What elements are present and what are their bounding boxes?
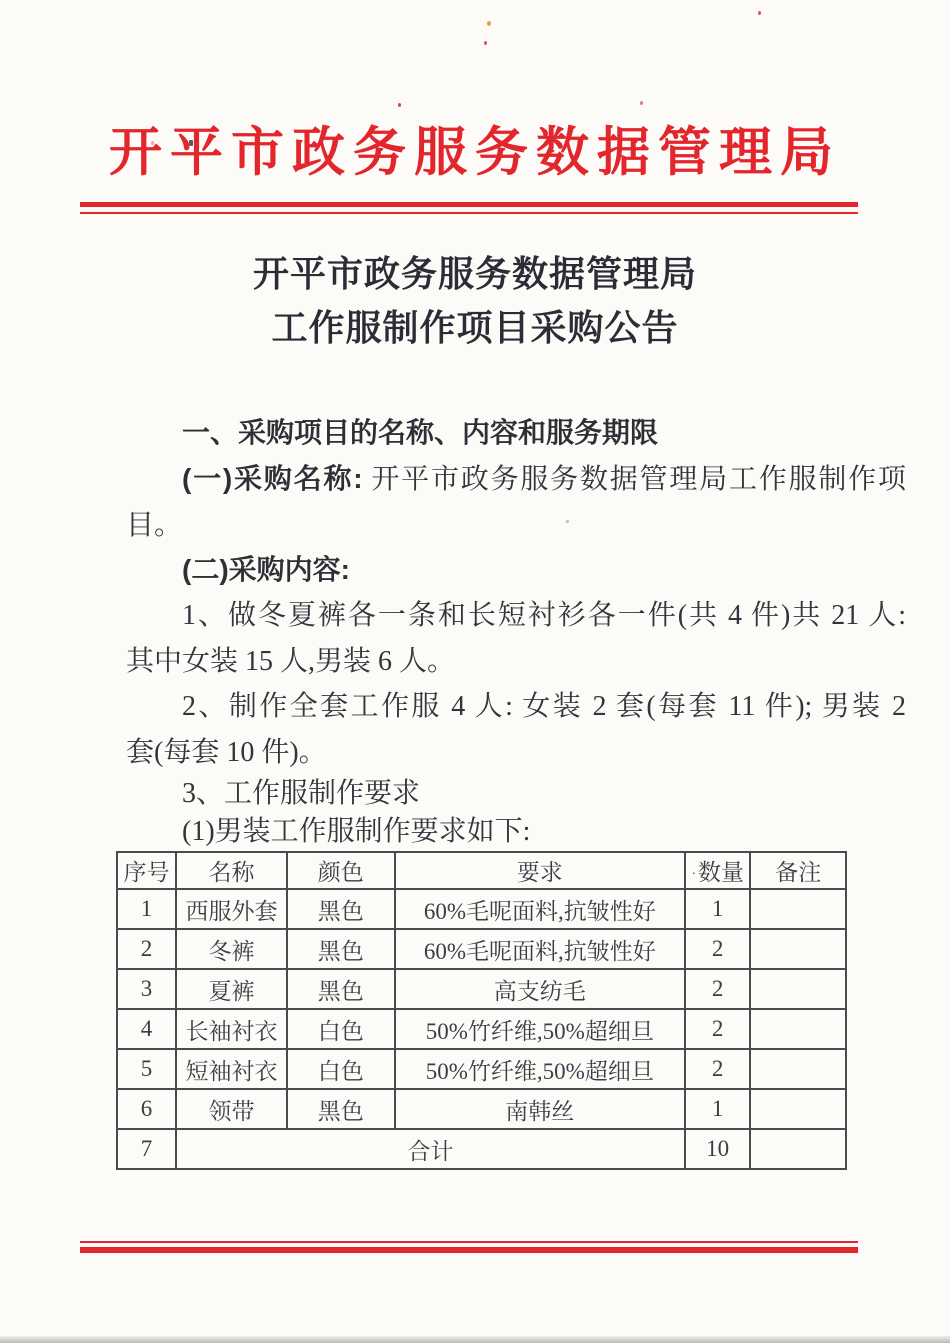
content-item-1-line: 1、做冬夏裤各一条和长短衬衫各一件(共 4 件)共 21 人: [126,599,906,633]
scan-speck [758,11,761,15]
cell-color: 黑色 [287,889,395,929]
table-total-row: 7 合计 10 [117,1129,846,1169]
content-item-2-wrap-line: 套(每套 10 件)。 [126,736,850,770]
cell-no: 7 [117,1129,176,1169]
document-title-line-1: 开平市政务服务数据管理局 [0,247,950,301]
cell-qty: 2 [685,1009,751,1049]
scan-speck [640,101,643,105]
cell-qty: 2 [685,1049,751,1089]
purchase-name-text: 开平市政务服务数据管理局工作服制作项 [363,464,906,495]
cell-qty: 1 [685,1089,751,1129]
cell-remark [750,889,846,929]
header-no: 序号 [117,852,176,889]
table-row: 2 冬裤 黑色 60%毛呢面料,抗皱性好 2 [117,929,846,969]
cell-name: 冬裤 [176,929,287,969]
cell-requirement: 高支纺毛 [395,969,685,1009]
cell-requirement: 南韩丝 [395,1089,685,1129]
cell-name: 长袖衬衣 [176,1009,287,1049]
cell-no: 2 [117,929,176,969]
document-title: 开平市政务服务数据管理局 工作服制作项目采购公告 [0,247,950,355]
cell-qty: 1 [685,889,751,929]
document-title-line-2: 工作服制作项目采购公告 [0,301,950,355]
cell-no: 4 [117,1009,176,1049]
header-requirement: 要求 [395,852,685,889]
cell-color: 白色 [287,1049,395,1089]
scan-edge-shadow [0,1336,950,1343]
cell-requirement: 60%毛呢面料,抗皱性好 [395,929,685,969]
cell-no: 6 [117,1089,176,1129]
stray-dot-mark: · [691,867,696,882]
table-row: 6 领带 黑色 南韩丝 1 [117,1089,846,1129]
header-name: 名称 [176,852,287,889]
scan-speck [487,21,491,26]
content-item-2-line: 2、制作全套工作服 4 人: 女装 2 套(每套 11 件); 男装 2 [126,690,906,724]
scanned-document-page: 开平市政务服务数据管理局 开平市政务服务数据管理局 工作服制作项目采购公告 一、… [0,0,950,1343]
cell-qty: 10 [685,1129,751,1169]
cell-remark [750,969,846,1009]
header-color: 颜色 [287,852,395,889]
cell-name: 西服外套 [176,889,287,929]
table-row: 4 长袖衬衣 白色 50%竹纤维,50%超细旦 2 [117,1009,846,1049]
cell-color: 黑色 [287,929,395,969]
cell-no: 5 [117,1049,176,1089]
cell-name: 夏裤 [176,969,287,1009]
cell-total-label: 合计 [176,1129,685,1169]
cell-requirement: 60%毛呢面料,抗皱性好 [395,889,685,929]
header-qty-label: 数量 [698,860,744,885]
cell-requirement: 50%竹纤维,50%超细旦 [395,1049,685,1089]
purchase-name-wrap-line: 目。 [126,509,850,543]
cell-remark [750,1049,846,1089]
table-row: 3 夏裤 黑色 高支纺毛 2 [117,969,846,1009]
agency-letterhead: 开平市政务服务数据管理局 [0,122,950,184]
cell-no: 3 [117,969,176,1009]
table-row: 1 西服外套 黑色 60%毛呢面料,抗皱性好 1 [117,889,846,929]
cell-name: 短袖衬衣 [176,1049,287,1089]
cell-no: 1 [117,889,176,929]
cell-remark [750,1089,846,1129]
cell-color: 黑色 [287,969,395,1009]
cell-color: 白色 [287,1009,395,1049]
cell-qty: 2 [685,929,751,969]
table-header-row: 序号 名称 颜色 要求 ·数量 备注 [117,852,846,889]
header-qty: ·数量 [685,852,751,889]
cell-remark [750,929,846,969]
mens-requirements-intro: (1)男装工作服制作要求如下: [126,815,906,849]
cell-color: 黑色 [287,1089,395,1129]
purchase-name-label: (一)采购名称: [182,463,363,494]
letterhead-rule-thick [80,202,858,207]
content-item-1-wrap-line: 其中女装 15 人,男装 6 人。 [126,645,850,679]
purchase-name-line: (一)采购名称: 开平市政务服务数据管理局工作服制作项 [126,462,906,497]
table-row: 5 短袖衬衣 白色 50%竹纤维,50%超细旦 2 [117,1049,846,1089]
content-item-3-line: 3、工作服制作要求 [126,777,906,811]
mens-uniform-spec-table: 序号 名称 颜色 要求 ·数量 备注 1 西服外套 黑色 60%毛呢面料,抗皱性… [116,851,847,1170]
letterhead-rule-thin [80,212,858,214]
scan-speck [484,41,487,45]
scan-speck [398,103,401,107]
cell-requirement: 50%竹纤维,50%超细旦 [395,1009,685,1049]
cell-remark [750,1129,846,1169]
cell-qty: 2 [685,969,751,1009]
footer-rule-thin [80,1241,858,1243]
section-2-heading: (二)采购内容: [126,553,906,587]
footer-rule-thick [80,1247,858,1253]
cell-remark [750,1009,846,1049]
section-1-heading: 一、采购项目的名称、内容和服务期限 [126,416,906,450]
cell-name: 领带 [176,1089,287,1129]
header-remark: 备注 [750,852,846,889]
